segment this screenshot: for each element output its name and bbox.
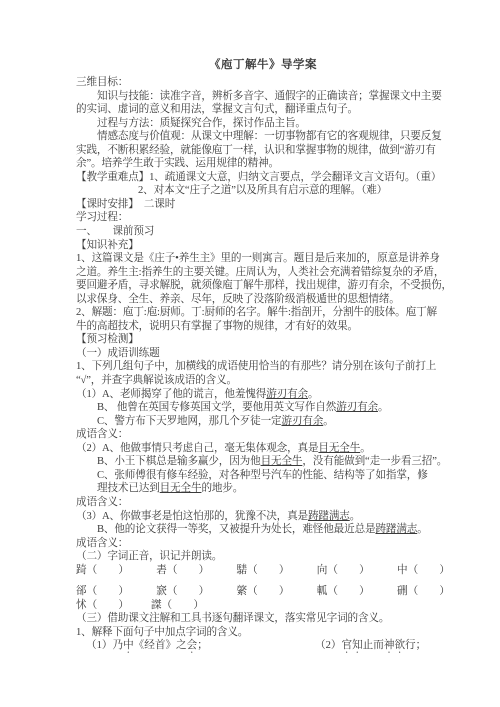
text-segment: 成语含义： [76, 538, 128, 549]
text-segment: 实践，不断积累经验，就能像庖丁一样，认识和掌握事物的规律，做到“游刃有 [76, 145, 436, 156]
underlined-idiom: 游刃有余 [281, 416, 323, 427]
underlined-idiom: 踌躇满志 [375, 524, 417, 535]
text-line: 学习过程： [76, 211, 450, 225]
text-line: B、 他曾在英国专修英国文学，要他用英文写作自然游刃有余。 [76, 401, 450, 415]
text-segment: 理技术已达到 [97, 483, 160, 494]
text-segment: 过程与方法：质疑探究合作，探讨作品主旨。 [97, 118, 306, 129]
pronunciation-item: 窾（ ） [156, 585, 209, 599]
text-line: 三维目标： [76, 76, 450, 90]
pronunciation-item: 軱（ ） [317, 585, 370, 599]
text-line: 【教学重难点】1、疏通课文大意，归纳文言要点，学会翻译文言文语句。（重） [76, 171, 450, 185]
text-line: 牛的高超技术，说明只有掌握了事物的规律，才有好的效果。 [76, 320, 450, 334]
dotted-term: 中 [123, 640, 134, 651]
text-line: 的实词、虚词的意义和用法，掌握文言句式，翻译重点句子。 [76, 103, 450, 117]
text-segment: 的实词、虚词的意义和用法，掌握文言句式，翻译重点句子。 [76, 104, 358, 115]
text-line: 知识与技能：读准字音，辨析多音字、通假字的正确读音；掌握课文中主要 [76, 90, 450, 104]
pronunciation-item: 踦（ ） [76, 564, 129, 578]
text-segment: 2、解题：庖丁:庖:厨师。丁:厨师的名字。解牛:指剖开，分割牛的肢体。庖丁解 [76, 307, 437, 318]
text-line: （3）A、你做事老是怕这怕那的，犹豫不决，真是踌躇满志。 [76, 510, 450, 524]
pronunciation-item: 中（ ） [397, 564, 450, 578]
text-segment: 《经首》之 [134, 640, 187, 651]
text-segment: 之道。养生主:指养生的主要关键。庄周认为，人类社会充满着错综复杂的矛盾， [76, 267, 444, 278]
text-segment: ； [197, 640, 208, 651]
text-segment: 【课时安排】 二课时 [76, 199, 175, 210]
text-segment: 三维目标： [76, 77, 128, 88]
document-body: 三维目标：知识与技能：读准字音，辨析多音字、通假字的正确读音；掌握课文中主要的实… [76, 76, 450, 653]
underlined-idiom: 目无全牛 [261, 456, 303, 467]
text-line: C、张师傅很有修车经验，对各种型号汽车的性能、结构等了如指掌，修 [76, 469, 450, 483]
text-line: 之道。养生主:指养生的主要关键。庄周认为，人类社会充满着错综复杂的矛盾， [76, 266, 450, 280]
pronunciation-item: 郤（ ） [76, 585, 129, 599]
text-segment: （一）成语训练题 [76, 348, 160, 359]
text-line: （二）字词正音，识记并朗读。 [76, 550, 450, 564]
text-line: B、小王下棋总是输多赢少，因为他目无全牛，没有能做到“走一步看三招”。 [76, 455, 450, 469]
underlined-idiom: 踌躇满志 [308, 511, 350, 522]
text-segment: C、张师傅很有修车经验，对各种型号汽车的性能、结构等了如指掌，修 [97, 470, 428, 481]
document-content: 《庖丁解牛》导学案 三维目标：知识与技能：读准字音，辨析多音字、通假字的正确读音… [0, 0, 500, 653]
text-segment: 1、下列几组句子中，加横线的成语使用恰当的有那些？请分别在该句子前打上 [76, 361, 436, 372]
text-segment: “√”，并查字典解说该成语的含义。 [76, 375, 237, 386]
text-line: 过程与方法：质疑探究合作，探讨作品主旨。 [76, 117, 450, 131]
text-segment: 1、解释下面句子中加点字词的含义。 [76, 627, 248, 638]
text-segment: 【教学重难点】1、疏通课文大意，归纳文言要点，学会翻译文言文语句。（重） [76, 172, 441, 183]
text-segment: 。 [323, 416, 333, 427]
text-line: 【预习检测】 [76, 333, 450, 347]
pronunciation-item: 向（ ） [317, 564, 370, 578]
text-line: 1、解释下面句子中加点字词的含义。 [76, 626, 450, 640]
text-line: 【知识补充】 [76, 239, 450, 253]
text-line: （1）A、老师揭穿了他的谎言，他羞愧得游刃有余。 [76, 388, 450, 402]
pronunciation-row: 踦（ ）砉（ ）騞（ ）向（ ）中（ ） [76, 564, 450, 578]
pronunciation-item: 怵（ ） [76, 599, 129, 613]
text-segment: 的地步。 [201, 483, 243, 494]
text-line: 2、对本文“庄子之道”以及所具有启示意的理解。（难） [76, 184, 450, 198]
text-segment: 2、对本文“庄子之道”以及所具有启示意的理解。（难） [138, 185, 387, 196]
text-line: 1、下列几组句子中，加横线的成语使用恰当的有那些？请分别在该句子前打上 [76, 360, 450, 374]
pronunciation-item: 謋（ ） [151, 599, 204, 613]
underlined-idiom: 目无全牛 [160, 483, 202, 494]
page-title: 《庖丁解牛》导学案 [76, 57, 450, 73]
underlined-idiom: 目无全牛 [318, 443, 360, 454]
text-line: （2）A、他做事情只考虑自己，毫无集体观念，真是目无全牛。 [76, 442, 450, 456]
text-segment: 余”。培养学生敢于实践、运用规律的精神。 [76, 158, 279, 169]
pronunciation-item: 騞（ ） [237, 564, 290, 578]
text-segment: 。 [308, 389, 318, 400]
text-segment: B、 他曾在英国专修英国文学，要他用英文写作自然 [97, 402, 336, 413]
text-segment: （2） [315, 640, 341, 651]
text-segment: B、他的论文获得一等奖，又被提升为处长，难怪他最近总是 [97, 524, 375, 535]
text-segment: 牛的高超技术，说明只有掌握了事物的规律，才有好的效果。 [76, 321, 358, 332]
text-segment: 。 [350, 511, 360, 522]
text-segment: 情感态度与价值观：从课文中理解：一切事物都有它的客观规律，只要反复 [97, 131, 442, 142]
text-line: 要回避矛盾，寻求解脱，就须像庖丁解牛那样，找出规律，游刃有余，不受损伤， [76, 279, 450, 293]
text-segment: （1）A、老师揭穿了他的谎言，他羞愧得 [76, 389, 266, 400]
text-segment: （1）乃 [86, 640, 123, 651]
text-segment: 行； [405, 640, 426, 651]
text-segment: 成语含义： [76, 497, 128, 508]
text-segment: 要回避矛盾，寻求解脱，就须像庖丁解牛那样，找出规律，游刃有余，不受损伤， [76, 280, 452, 291]
text-line: 实践，不断积累经验，就能像庖丁一样，认识和掌握事物的规律，做到“游刃有 [76, 144, 450, 158]
text-segment: （2）A、他做事情只考虑自己，毫无集体观念，真是 [76, 443, 318, 454]
text-line: 成语含义： [76, 537, 450, 551]
text-line: 1、这篇课文是《庄子•养生主》里的一则寓言。题目是后来加的，原意是讲养身 [76, 252, 450, 266]
text-segment: 。 [378, 402, 388, 413]
pronunciation-row: 郤（ ）窾（ ）綮（ ）軱（ ）硎（ ） [76, 585, 450, 599]
text-segment: 1、这篇课文是《庄子•养生主》里的一则寓言。题目是后来加的，原意是讲养身 [76, 253, 440, 264]
text-segment: 。 [417, 524, 427, 535]
text-segment: 成语含义： [76, 429, 128, 440]
text-segment: （3）A、你做事老是怕这怕那的，犹豫不决，真是 [76, 511, 308, 522]
column-right: （2）官知止而神欲行； [315, 639, 426, 656]
text-segment: ，没有能做到“走一步看三招”。 [302, 456, 447, 467]
text-segment: （三）借助课文注解和工具书逐句翻译课文，落实常见字词的含义。 [76, 613, 389, 624]
dotted-term: 官知 [341, 640, 362, 651]
text-line: 情感态度与价值观：从课文中理解：一切事物都有它的客观规律，只要反复 [76, 130, 450, 144]
text-line: C、警方布下天罗地网，那几个歹徒一定游刃有余。 [76, 415, 450, 429]
text-line: （一）成语训练题 [76, 347, 450, 361]
text-line: B、他的论文获得一等奖，又被提升为处长，难怪他最近总是踌躇满志。 [76, 523, 450, 537]
underlined-idiom: 游刃有余 [266, 389, 308, 400]
text-line: 2、解题：庖丁:庖:厨师。丁:厨师的名字。解牛:指剖开，分割牛的肢体。庖丁解 [76, 306, 450, 320]
pronunciation-item: 砉（ ） [156, 564, 209, 578]
pronunciation-item: 硎（ ） [397, 585, 450, 599]
text-segment: （二）字词正音，识记并朗读。 [76, 551, 222, 562]
text-line: 以求保身、全生、养亲、尽年，反映了没落阶级消极遁世的思想情绪。 [76, 293, 450, 307]
text-segment: 一、 课前预习 [76, 226, 154, 237]
dotted-term: 会 [187, 640, 198, 651]
dotted-term: 神欲 [384, 640, 405, 651]
text-segment: B、小王下棋总是输多赢少，因为他 [97, 456, 261, 467]
text-segment: C、警方布下天罗地网，那几个歹徒一定 [97, 416, 281, 427]
text-line: 一、 课前预习 [76, 225, 450, 239]
text-line: “√”，并查字典解说该成语的含义。 [76, 374, 450, 388]
text-segment: 以求保身、全生、养亲、尽年，反映了没落阶级消极遁世的思想情绪。 [76, 294, 400, 305]
pronunciation-item: 綮（ ） [237, 585, 290, 599]
column-left: （1）乃中《经首》之会； [76, 640, 208, 651]
two-column-line: （1）乃中《经首》之会；（2）官知止而神欲行； [76, 639, 450, 653]
text-line: 成语含义： [76, 496, 450, 510]
text-segment: 知识与技能：读准字音，辨析多音字、通假字的正确读音；掌握课文中主要 [97, 91, 442, 102]
pronunciation-row: 怵（ ）謋（ ） [76, 599, 450, 613]
text-segment: 。 [360, 443, 370, 454]
text-line: 成语含义： [76, 428, 450, 442]
underlined-idiom: 游刃有余 [336, 402, 378, 413]
text-segment: 【知识补充】 [76, 240, 139, 251]
text-segment: 止而 [363, 640, 384, 651]
document-page: 《庖丁解牛》导学案 三维目标：知识与技能：读准字音，辨析多音字、通假字的正确读音… [0, 0, 500, 707]
text-line: 【课时安排】 二课时 [76, 198, 450, 212]
text-segment: 【预习检测】 [76, 334, 139, 345]
text-line: 余”。培养学生敢于实践、运用规律的精神。 [76, 157, 450, 171]
text-line: （三）借助课文注解和工具书逐句翻译课文，落实常见字词的含义。 [76, 612, 450, 626]
text-segment: 学习过程： [76, 212, 128, 223]
text-line: 理技术已达到目无全牛的地步。 [76, 482, 450, 496]
